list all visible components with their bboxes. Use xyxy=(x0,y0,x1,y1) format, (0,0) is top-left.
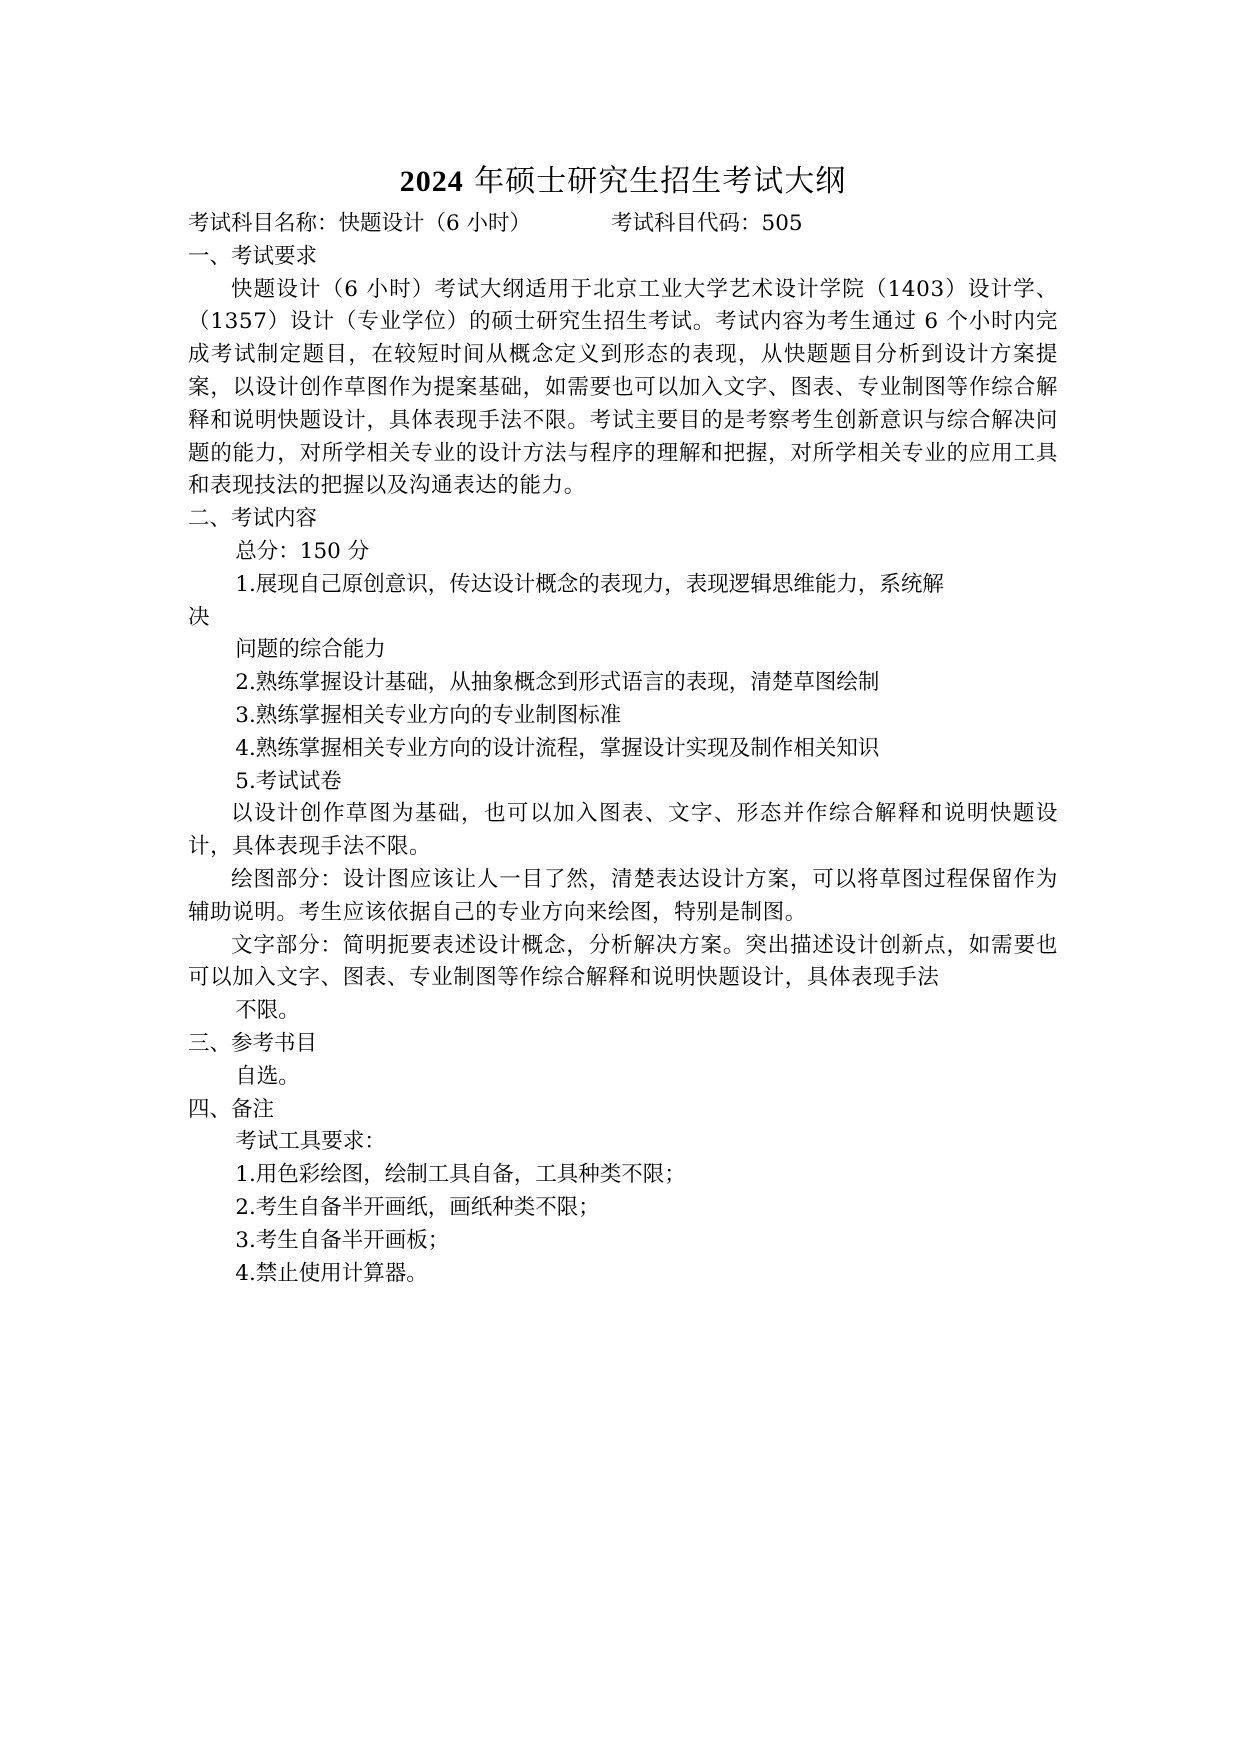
exam-paper-paragraph: 以设计创作草图为基础，也可以加入图表、文字、形态并作综合解释和说明快题设计，具体… xyxy=(188,798,1058,864)
text-part-paragraph: 文字部分：简明扼要表述设计概念，分析解决方案。突出描述设计创新点，如需要也可以加… xyxy=(188,930,1058,996)
content-item-1: 1.展现自己原创意识，传达设计概念的表现力，表现逻辑思维能力，系统解 xyxy=(188,569,1058,602)
subject-name: 考试科目名称：快题设计（6 小时） xyxy=(188,208,531,241)
tools-heading: 考试工具要求： xyxy=(188,1126,1058,1159)
content-item-1-wrap: 决 xyxy=(188,602,1058,635)
tool-item: 2.考生自备半开画纸，画纸种类不限； xyxy=(188,1192,1058,1225)
requirements-paragraph: 快题设计（6 小时）考试大纲适用于北京工业大学艺术设计学院（1403）设计学、（… xyxy=(188,274,1058,504)
references-content: 自选。 xyxy=(188,1061,1058,1094)
drawing-part-paragraph: 绘图部分：设计图应该让人一目了然，清楚表达设计方案，可以将草图过程保留作为辅助说… xyxy=(188,864,1058,930)
document-page: 2024 年硕士研究生招生考试大纲 考试科目名称：快题设计（6 小时） 考试科目… xyxy=(188,160,1058,1290)
content-item-2: 2.熟练掌握设计基础，从抽象概念到形式语言的表现，清楚草图绘制 xyxy=(188,667,1058,700)
content-item-5: 5.考试试卷 xyxy=(188,766,1058,799)
section-heading-notes: 四、备注 xyxy=(188,1094,1058,1127)
subject-meta: 考试科目名称：快题设计（6 小时） 考试科目代码：505 xyxy=(188,208,1058,241)
content-item-1-continued: 问题的综合能力 xyxy=(188,634,1058,667)
content-item-4: 4.熟练掌握相关专业方向的设计流程，掌握设计实现及制作相关知识 xyxy=(188,733,1058,766)
section-heading-requirements: 一、考试要求 xyxy=(188,241,1058,274)
section-heading-references: 三、参考书目 xyxy=(188,1028,1058,1061)
subject-code: 考试科目代码：505 xyxy=(611,208,803,241)
section-heading-content: 二、考试内容 xyxy=(188,503,1058,536)
document-title: 2024 年硕士研究生招生考试大纲 xyxy=(188,160,1058,204)
total-score: 总分：150 分 xyxy=(188,536,1058,569)
title-text: 年硕士研究生招生考试大纲 xyxy=(464,164,847,199)
content-item-3: 3.熟练掌握相关专业方向的专业制图标准 xyxy=(188,700,1058,733)
tool-item: 3.考生自备半开画板； xyxy=(188,1225,1058,1258)
text-part-tail: 不限。 xyxy=(188,995,1058,1028)
title-year: 2024 xyxy=(400,165,464,198)
tool-item: 4.禁止使用计算器。 xyxy=(188,1258,1058,1291)
tool-item: 1.用色彩绘图，绘制工具自备，工具种类不限； xyxy=(188,1159,1058,1192)
